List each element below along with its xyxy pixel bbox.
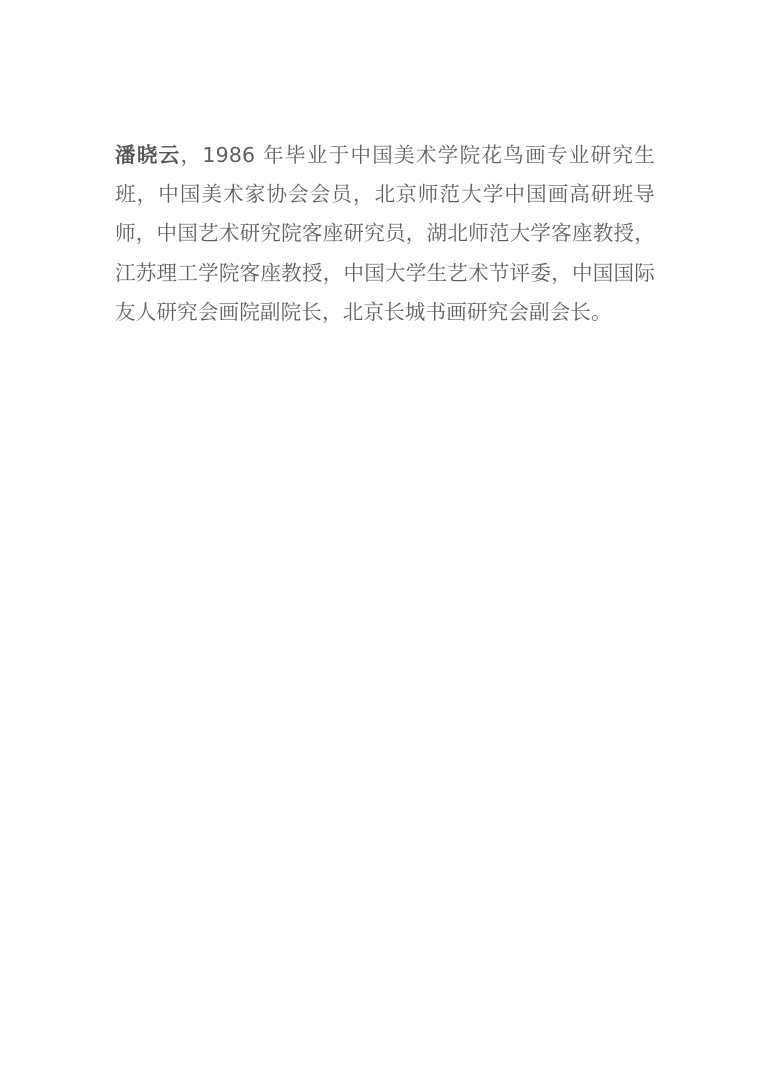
biography-paragraph: 潘晓云，1986 年毕业于中国美术学院花鸟画专业研究生班，中国美术家协会会员，北… [115,136,655,332]
biography-text: ，1986 年毕业于中国美术学院花鸟画专业研究生班，中国美术家协会会员，北京师范… [115,143,655,324]
document-page: 潘晓云，1986 年毕业于中国美术学院花鸟画专业研究生班，中国美术家协会会员，北… [0,0,763,1080]
artist-name: 潘晓云 [115,143,181,167]
